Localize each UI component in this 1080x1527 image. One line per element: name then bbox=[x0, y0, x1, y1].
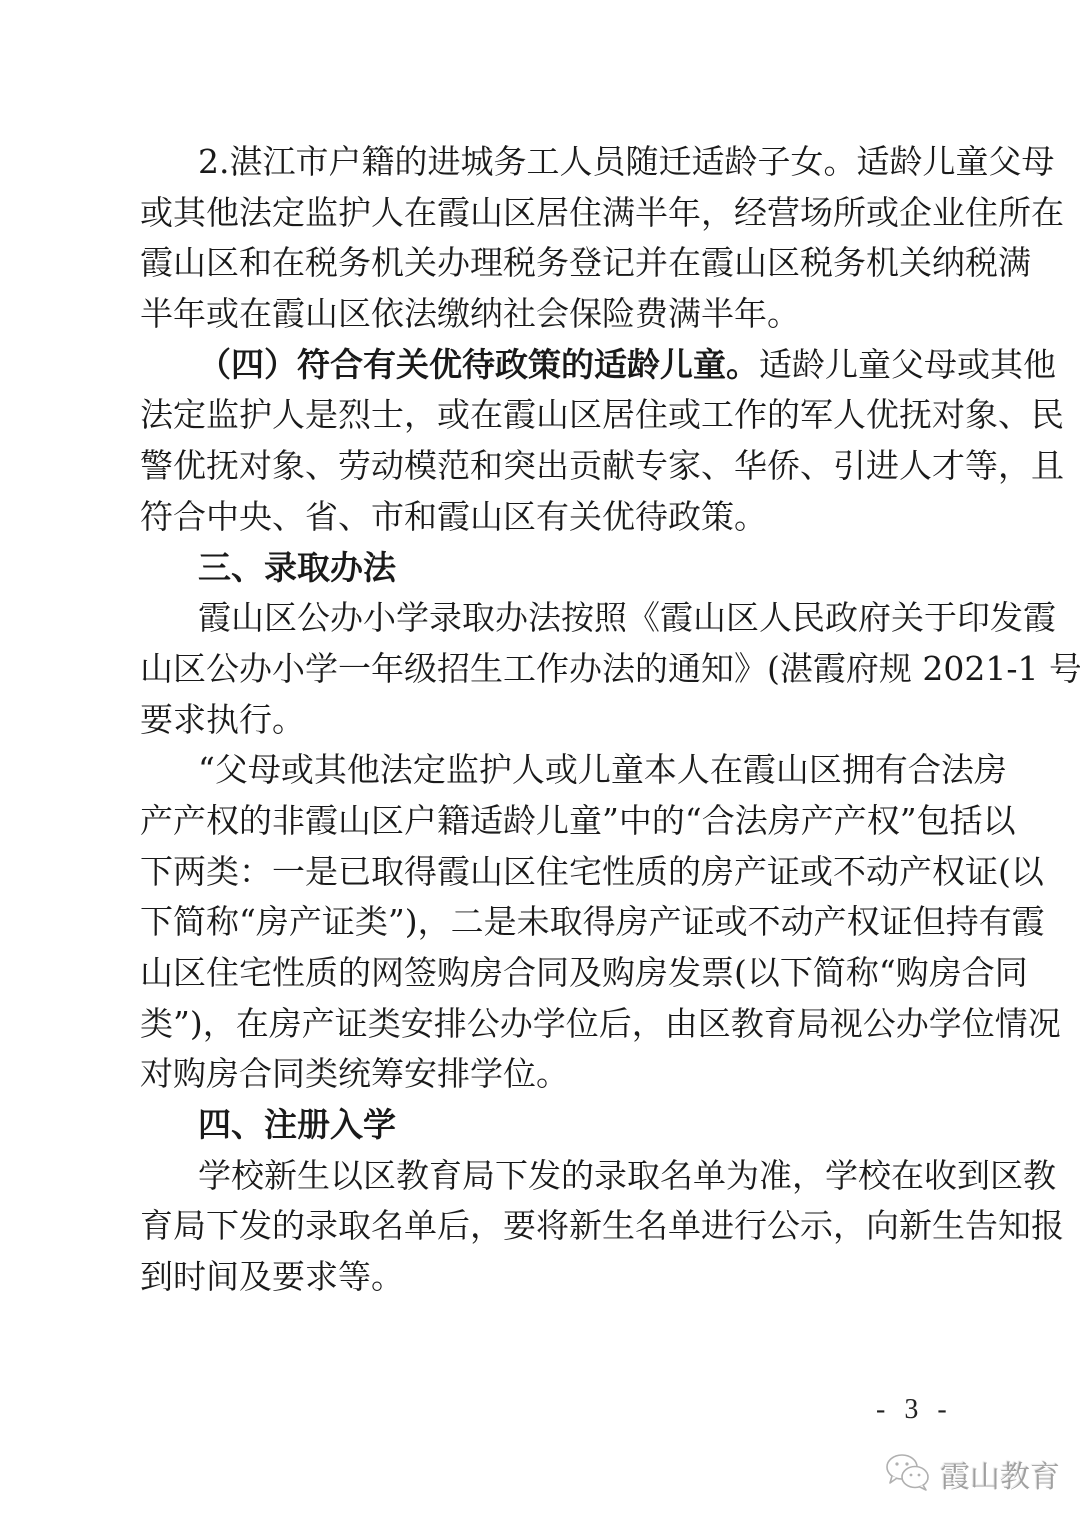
text-line: 警优抚对象、劳动模范和突出贡献专家、华侨、引进人才等，且 bbox=[140, 441, 940, 492]
paragraph-registration: 学校新生以区教育局下发的录取名单为准，学校在收到区教 育局下发的录取名单后，要将… bbox=[140, 1151, 940, 1303]
text-line: 育局下发的录取名单后，要将新生名单进行公示，向新生告知报 bbox=[140, 1201, 940, 1252]
text-line: 要求执行。 bbox=[140, 695, 940, 746]
section-heading-admission-method: 三、录取办法 bbox=[140, 543, 940, 594]
section-heading-registration: 四、注册入学 bbox=[140, 1100, 940, 1151]
text-line: 下两类：一是已取得霞山区住宅性质的房产证或不动产权证(以 bbox=[140, 847, 940, 898]
text-line: 2.湛江市户籍的进城务工人员随迁适龄子女。适龄儿童父母 bbox=[140, 137, 940, 188]
text-line: 对购房合同类统筹安排学位。 bbox=[140, 1049, 940, 1100]
text-line: （四）符合有关优待政策的适龄儿童。适龄儿童父母或其他 bbox=[140, 340, 940, 391]
text-line: 符合中央、省、市和霞山区有关优待政策。 bbox=[140, 492, 940, 543]
paragraph-preferential-policy: （四）符合有关优待政策的适龄儿童。适龄儿童父母或其他 法定监护人是烈士，或在霞山… bbox=[140, 340, 940, 543]
wechat-icon bbox=[884, 1452, 932, 1496]
text-line: 学校新生以区教育局下发的录取名单为准，学校在收到区教 bbox=[140, 1151, 940, 1202]
text-span: 适龄儿童父母或其他 bbox=[759, 345, 1056, 384]
text-line: 山区公办小学一年级招生工作办法的通知》(湛霞府规 2021-1 号) bbox=[140, 644, 940, 695]
paragraph-migrant-children: 2.湛江市户籍的进城务工人员随迁适龄子女。适龄儿童父母 或其他法定监护人在霞山区… bbox=[140, 137, 940, 340]
document-page: 2.湛江市户籍的进城务工人员随迁适龄子女。适龄儿童父母 或其他法定监护人在霞山区… bbox=[140, 137, 940, 1303]
text-line: “父母或其他法定监护人或儿童本人在霞山区拥有合法房 bbox=[140, 745, 940, 796]
watermark-label: 霞山教育 bbox=[940, 1452, 1060, 1496]
text-line: 半年或在霞山区依法缴纳社会保险费满半年。 bbox=[140, 289, 940, 340]
page-number: - 3 - bbox=[876, 1394, 953, 1426]
text-line: 类”)，在房产证类安排公办学位后，由区教育局视公办学位情况 bbox=[140, 999, 940, 1050]
text-line: 下简称“房产证类”)，二是未取得房产证或不动产权证但持有霞 bbox=[140, 897, 940, 948]
text-line: 山区住宅性质的网签购房合同及购房发票(以下简称“购房合同 bbox=[140, 948, 940, 999]
text-line: 到时间及要求等。 bbox=[140, 1252, 940, 1303]
text-line: 霞山区和在税务机关办理税务登记并在霞山区税务机关纳税满 bbox=[140, 238, 940, 289]
paragraph-property-rights: “父母或其他法定监护人或儿童本人在霞山区拥有合法房 产产权的非霞山区户籍适龄儿童… bbox=[140, 745, 940, 1100]
text-line: 霞山区公办小学录取办法按照《霞山区人民政府关于印发霞 bbox=[140, 593, 940, 644]
bold-lead-text: （四）符合有关优待政策的适龄儿童。 bbox=[198, 345, 759, 384]
paragraph-admission-rules: 霞山区公办小学录取办法按照《霞山区人民政府关于印发霞 山区公办小学一年级招生工作… bbox=[140, 593, 940, 745]
text-line: 法定监护人是烈士，或在霞山区居住或工作的军人优抚对象、民 bbox=[140, 390, 940, 441]
text-line: 产产权的非霞山区户籍适龄儿童”中的“合法房产产权”包括以 bbox=[140, 796, 940, 847]
watermark: 霞山教育 bbox=[884, 1452, 1060, 1496]
text-line: 或其他法定监护人在霞山区居住满半年，经营场所或企业住所在 bbox=[140, 188, 940, 239]
